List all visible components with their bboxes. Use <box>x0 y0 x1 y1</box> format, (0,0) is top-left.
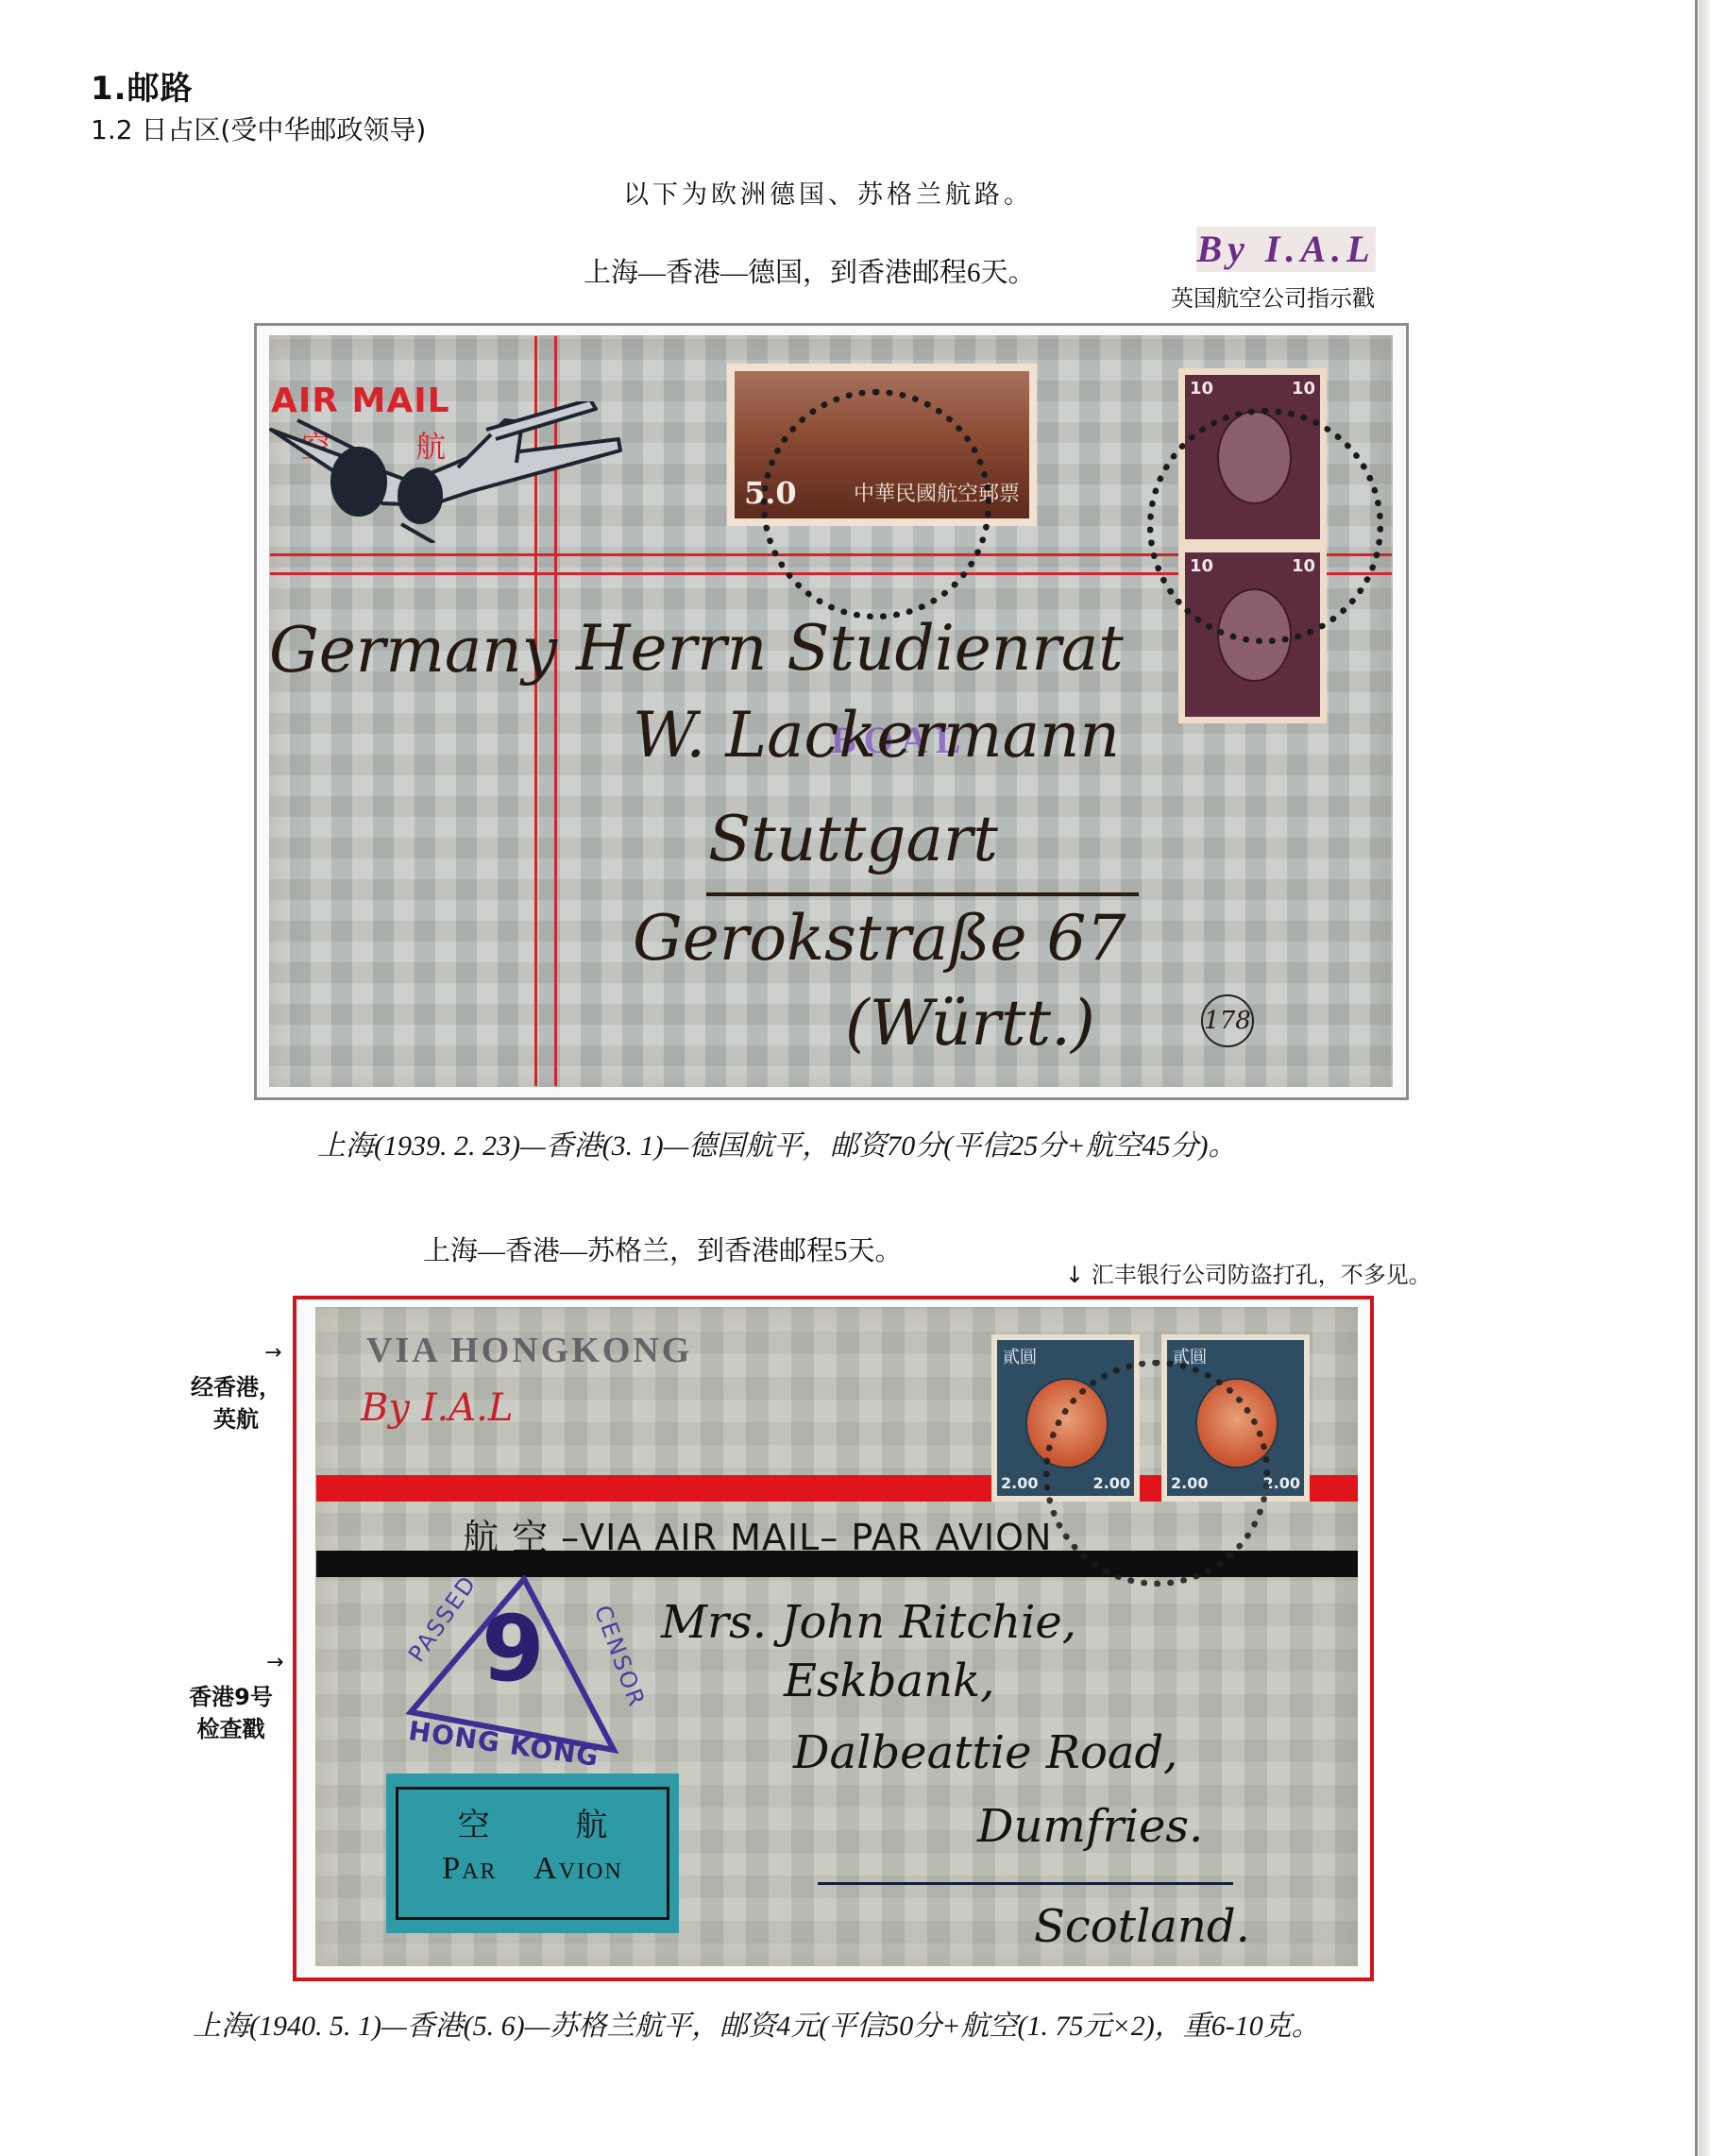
handwritten-route: By I.A.L <box>361 1386 513 1430</box>
cover1-route-heading: 上海—香港—德国，到香港邮程6天。 <box>584 251 1036 290</box>
address-line: W. Lackermann <box>633 699 1120 772</box>
par-avion-label-en: Par Avion <box>398 1851 667 1887</box>
postmark-cancel <box>1147 408 1383 644</box>
censor-number: 9 <box>482 1596 545 1702</box>
arrow-right-icon: → <box>266 1651 283 1674</box>
address-line: Eskbank, <box>784 1655 994 1707</box>
side-note-via-hongkong: 经香港， 英航 <box>189 1371 283 1435</box>
boal-marking-sample: By I.A.L <box>1196 227 1376 272</box>
side-note-censor: 香港9号 检查戳 <box>181 1681 280 1745</box>
address-line: Germany <box>269 614 557 687</box>
cover2-caption: 上海(1940. 5. 1)—香港(5. 6)—苏格兰航平，邮资4元(平信50分… <box>193 2002 1320 2044</box>
page-edge-shadow <box>1699 0 1710 2156</box>
address-line: Dalbeattie Road, <box>793 1726 1177 1779</box>
stamp-denomination-cn: 貳圓 <box>1003 1344 1037 1368</box>
stamp-value: 2.00 <box>1001 1474 1038 1492</box>
circled-number: 178 <box>1201 994 1254 1047</box>
address-underline <box>818 1882 1233 1885</box>
par-avion-label: 空 航 Par Avion <box>386 1774 679 1933</box>
cover2-route-heading: 上海—香港—苏格兰，到香港邮程5天。 <box>423 1230 903 1268</box>
boal-marking-caption: 英国航空公司指示戳 <box>1171 280 1375 313</box>
postmark-cancel <box>1043 1360 1270 1587</box>
address-line: Dumfries. <box>977 1800 1203 1853</box>
stamp-value: 10 <box>1292 379 1315 399</box>
section-title: 1.邮路 <box>91 62 194 109</box>
subsection-title: 1.2 日占区(受中华邮政领导) <box>91 110 426 147</box>
address-line: Stuttgart <box>708 803 998 875</box>
address-line: Scotland. <box>1034 1900 1250 1953</box>
stamp-value: 10 <box>1190 379 1213 399</box>
page-edge-line <box>1695 0 1698 2156</box>
intro-text: 以下为欧洲德国、苏格兰航路。 <box>623 174 1033 211</box>
perfin-note: ↓ 汇丰银行公司防盗打孔，不多见。 <box>1065 1256 1431 1289</box>
address-line: Gerokstraße 67 <box>633 902 1126 975</box>
address-underline <box>706 892 1139 896</box>
par-avion-label-cn: 空 航 <box>398 1799 667 1845</box>
address-line: Herrn Studienrat <box>576 612 1124 685</box>
address-line: (Württ.) <box>845 987 1095 1060</box>
via-hongkong-marking: VIA HONGKONG <box>366 1330 692 1371</box>
postmark-cancel <box>761 389 991 620</box>
address-line: Mrs. John Ritchie, <box>661 1596 1076 1649</box>
airplane-icon <box>269 401 628 543</box>
cover1-caption: 上海(1939. 2. 23)—香港(3. 1)—德国航平，邮资70分(平信25… <box>317 1122 1237 1163</box>
arrow-right-icon: → <box>264 1341 281 1365</box>
